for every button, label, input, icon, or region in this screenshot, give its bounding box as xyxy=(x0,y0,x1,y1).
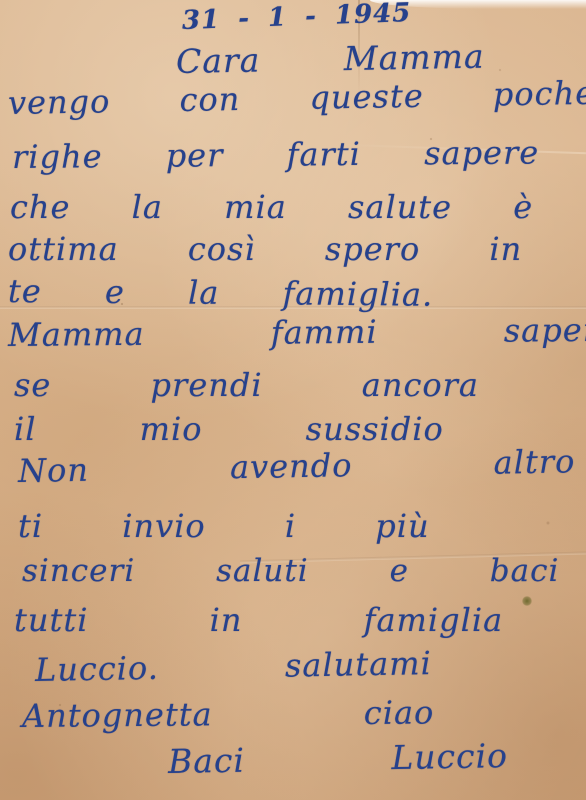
letter-line: che la mia salute è xyxy=(10,188,533,226)
letter-line: Mamma fammi sapere xyxy=(8,311,586,354)
letter-line: il mio sussidio xyxy=(14,410,444,448)
letter-line: Antognetta ciao xyxy=(22,693,435,735)
stain-spot xyxy=(522,596,532,606)
letter-signature: Baci Luccio xyxy=(168,736,509,781)
letter-date: 31 - 1 - 1945 xyxy=(181,0,411,36)
letter-line: se prendi ancora xyxy=(14,366,479,404)
letter-line: vengo con queste poche xyxy=(8,74,586,122)
letter-line: Luccio. salutami xyxy=(35,644,432,689)
letter-line: sinceri saluti e baci xyxy=(22,553,559,589)
letter-salutation: Cara Mamma xyxy=(176,37,485,81)
letter-line: te e la famiglia. xyxy=(8,272,434,314)
letter-line: ti invio i più xyxy=(18,507,430,545)
letter-paper: 31 - 1 - 1945 Cara Mamma vengo con quest… xyxy=(0,0,586,800)
letter-line: righe per farti sapere xyxy=(12,133,540,176)
letter-line: tutti in famiglia xyxy=(14,601,503,639)
letter-line: Non avendo altro xyxy=(18,442,576,490)
letter-line: ottima così spero in xyxy=(8,230,522,268)
